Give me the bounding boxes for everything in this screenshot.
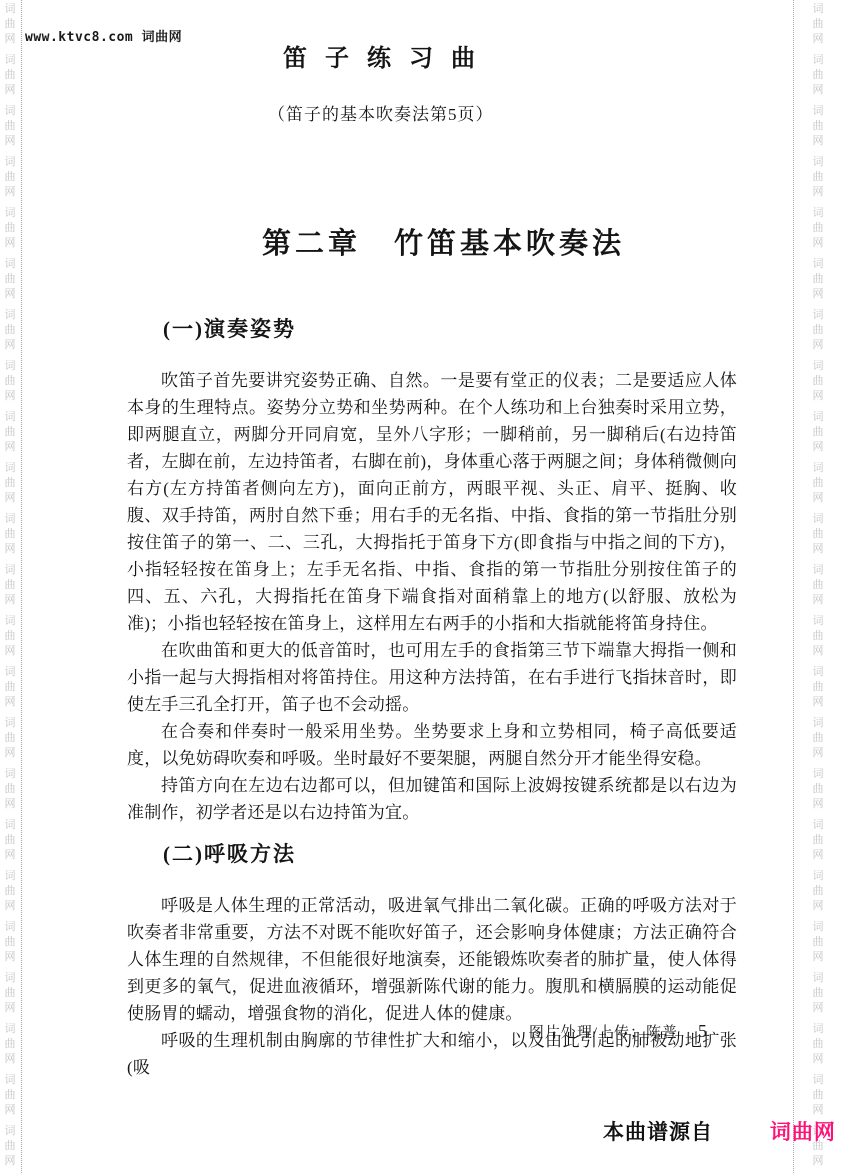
- section-2-heading: (二)呼吸方法: [163, 838, 737, 868]
- paragraph: 在合奏和伴奏时一般采用坐势。坐势要求上身和立势相同，椅子高低要适度，以免妨碍吹奏…: [127, 718, 737, 772]
- scanned-document-page: 词曲网词曲网词曲网词曲网词曲网词曲网词曲网词曲网词曲网词曲网词曲网词曲网词曲网词…: [0, 0, 844, 1173]
- page-title: 笛 子 练 习 曲: [283, 38, 481, 73]
- upload-credit: 图片处理/上传；陈普: [529, 1025, 678, 1041]
- chapter-heading: 第二章 竹笛基本吹奏法: [262, 221, 625, 262]
- page-number: 5: [698, 1021, 707, 1041]
- main-text-column: (一)演奏姿势 吹笛子首先要讲究姿势正确、自然。一是要有堂正的仪表；二是要适应人…: [127, 313, 737, 1081]
- page-subtitle: （笛子的基本吹奏法第5页）: [268, 100, 494, 125]
- section-2-body: 呼吸是人体生理的正常活动，吸进氧气排出二氧化碳。正确的呼吸方法对于吹奏者非常重要…: [127, 892, 737, 1081]
- site-url-watermark: www.ktvc8.com 词曲网: [25, 26, 182, 45]
- right-dotted-border: [793, 0, 794, 1173]
- left-watermark-column: 词曲网词曲网词曲网词曲网词曲网词曲网词曲网词曲网词曲网词曲网词曲网词曲网词曲网词…: [2, 2, 18, 1173]
- brand-name: 词曲网: [770, 1121, 836, 1144]
- paragraph: 持笛方向在左边右边都可以，但加键笛和国际上波姆按键系统都是以右边为准制作，初学者…: [127, 772, 737, 826]
- right-watermark-column: 词曲网词曲网词曲网词曲网词曲网词曲网词曲网词曲网词曲网词曲网词曲网词曲网词曲网词…: [810, 2, 826, 1173]
- paragraph: 吹笛子首先要讲究姿势正确、自然。一是要有堂正的仪表；二是要适应人体本身的生理特点…: [127, 367, 737, 637]
- footer-credit-line: 图片处理/上传；陈普 5: [0, 1021, 707, 1042]
- section-1-body: 吹笛子首先要讲究姿势正确、自然。一是要有堂正的仪表；二是要适应人体本身的生理特点…: [127, 367, 737, 826]
- left-dotted-border: [21, 0, 22, 1173]
- paragraph: 呼吸是人体生理的正常活动，吸进氧气排出二氧化碳。正确的呼吸方法对于吹奏者非常重要…: [127, 892, 737, 1027]
- section-1-heading: (一)演奏姿势: [163, 313, 737, 343]
- paragraph: 在吹曲笛和更大的低音笛时，也可用左手的食指第三节下端靠大拇指一侧和小指一起与大拇…: [127, 637, 737, 718]
- bottom-source-banner: 本曲谱源自 词曲网: [603, 1116, 836, 1146]
- source-label: 本曲谱源自: [603, 1121, 713, 1144]
